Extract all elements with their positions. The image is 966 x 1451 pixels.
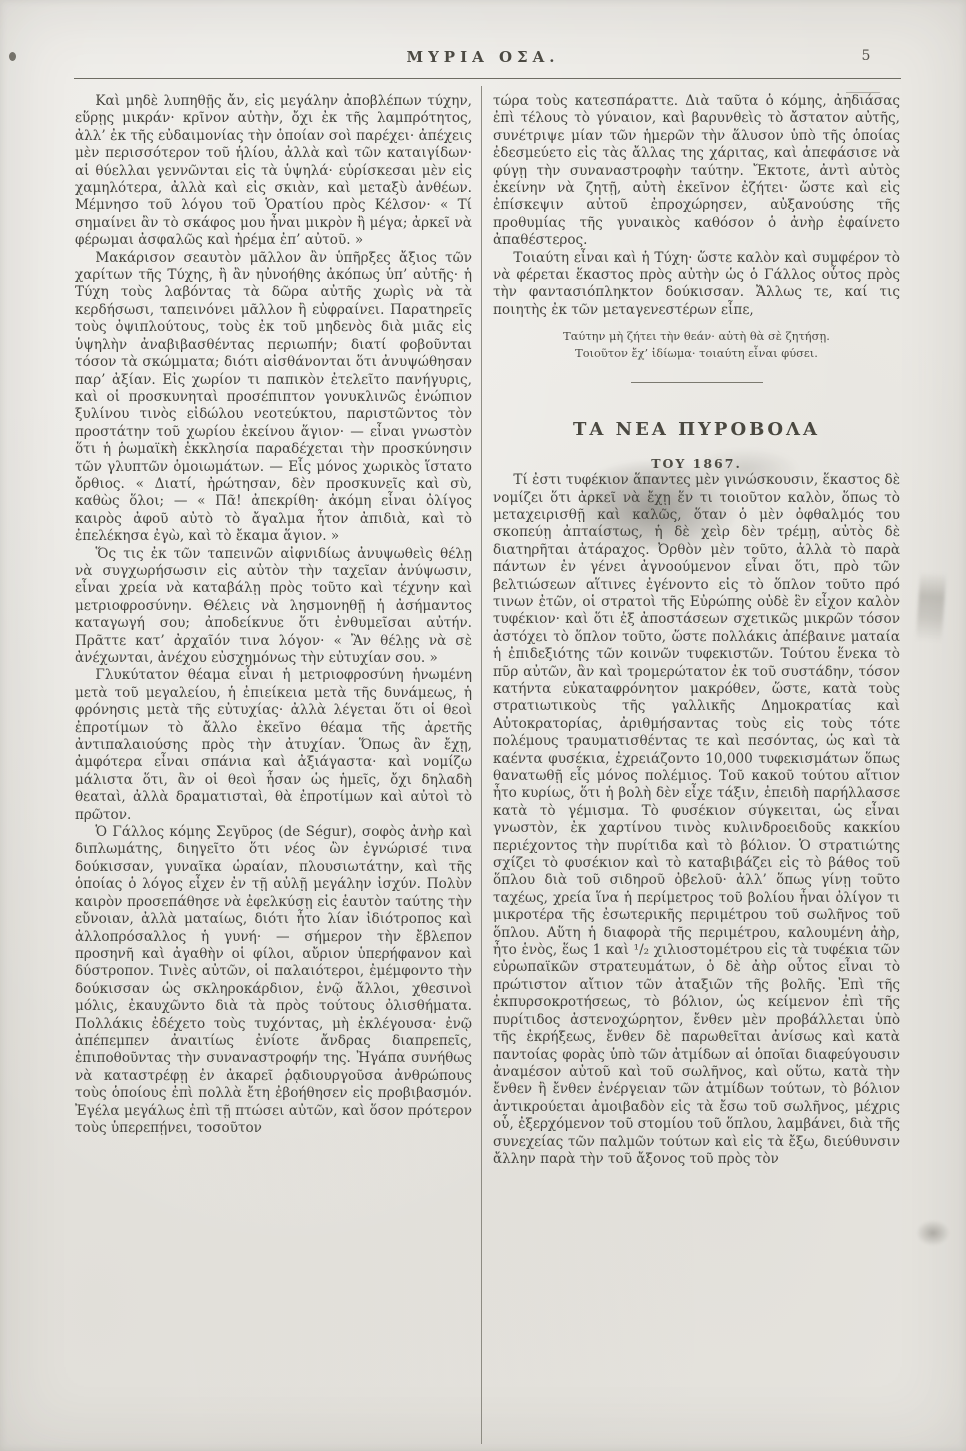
paragraph-fortune-1: Καὶ μηδὲ λυπηθῇς ἄν, εἰς μεγάλην ἀποβλέπ…: [75, 93, 472, 250]
article-body-rifles: Τί ἐστι τυφέκιον ἅπαντες μὲν γινώσκουσιν…: [493, 472, 900, 1168]
article-title: ΤΑ ΝΕΑ ΠΥΡΟΒΟΛΑ: [493, 421, 900, 438]
paragraph-tyche-moral: Τοιαύτη εἶναι καὶ ἡ Τύχη· ὥστε καλὸν καὶ…: [493, 250, 900, 320]
paragraph-segur: Ὁ Γάλλος κόμης Σεγῦρος (de Ségur), σοφὸς…: [75, 824, 472, 1137]
verse-block: Ταύτην μὴ ζήτει τὴν θεάν· αὐτὴ θὰ σὲ ζητ…: [493, 328, 900, 362]
verse-line: Τοιοῦτον ἔχ’ ἰδίωμα· τοιαύτη εἶναι φύσει…: [493, 345, 900, 362]
section-divider-rule: [631, 382, 763, 383]
running-title: ΜΥΡΙΑ ΟΣΑ.: [0, 48, 966, 66]
page-number: 5: [846, 48, 886, 64]
paragraph-fortune-4: Γλυκύτατον θέαμα εἶναι ἡ μετριοφροσύνη ἡ…: [75, 667, 472, 824]
paragraph-fortune-3: Ὅς τις ἐκ τῶν ταπεινῶν αἰφνιδίως ἀνυψωθε…: [75, 546, 472, 668]
right-text-column: τώρα τοὺς κατεσπάραττε. Διὰ ταῦτα ὁ κόμη…: [493, 93, 900, 1441]
article-subtitle: ΤΟΥ 1867.: [493, 455, 900, 472]
column-divider-rule: [481, 86, 482, 1444]
margin-smudge: [916, 1220, 950, 1246]
paragraph-segur-continuation: τώρα τοὺς κατεσπάραττε. Διὰ ταῦτα ὁ κόμη…: [493, 93, 900, 250]
paragraph-fortune-2: Μακάρισον σεαυτὸν μᾶλλον ἂν ὑπῆρξες ἄξιο…: [75, 250, 472, 546]
margin-smudge: [916, 571, 947, 643]
verse-line: Ταύτην μὴ ζήτει τὴν θεάν· αὐτὴ θὰ σὲ ζητ…: [493, 328, 900, 345]
scanned-book-page: ΜΥΡΙΑ ΟΣΑ. 5 Καὶ μηδὲ λυπηθῇς ἄν, εἰς με…: [0, 0, 966, 1451]
left-text-column: Καὶ μηδὲ λυπηθῇς ἄν, εἰς μεγάλην ἀποβλέπ…: [75, 93, 472, 1403]
header-rule: [74, 78, 901, 79]
